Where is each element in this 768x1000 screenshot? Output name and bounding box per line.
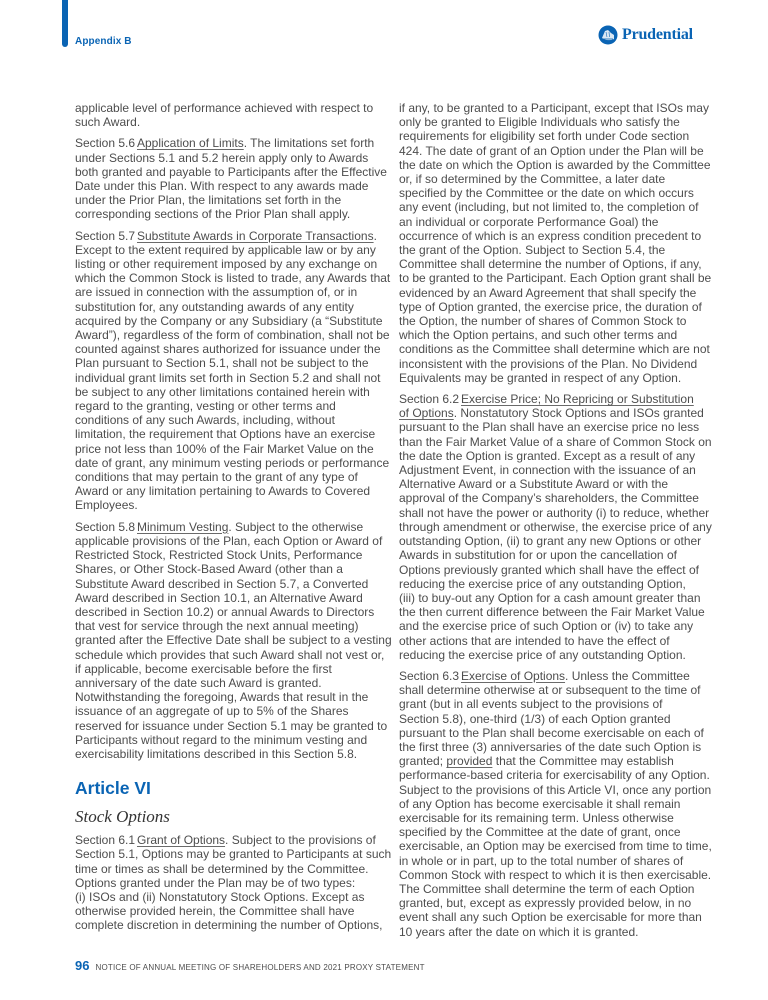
page-footer: 96 NOTICE OF ANNUAL MEETING OF SHAREHOLD… bbox=[75, 958, 425, 973]
section-5-8: Section 5.8Minimum Vesting. Subject to t… bbox=[75, 520, 395, 761]
left-column: applicable level of performance achieved… bbox=[75, 101, 395, 940]
article-heading: Article VI bbox=[75, 777, 395, 799]
section-title: Exercise of Options bbox=[461, 669, 565, 683]
provided-term: provided bbox=[446, 754, 492, 768]
section-title: Minimum Vesting bbox=[137, 520, 228, 534]
section-6-1: Section 6.1Grant of Options. Subject to … bbox=[75, 833, 395, 932]
section-label: Appendix B bbox=[75, 36, 132, 47]
section-title: Exercise Price; No Repricing or Substitu… bbox=[461, 392, 694, 406]
section-number: Section 6.2 bbox=[399, 392, 461, 406]
section-title: Grant of Options bbox=[137, 833, 225, 847]
section-5-6: Section 5.6Application of Limits. The li… bbox=[75, 136, 395, 221]
paragraph-continued: applicable level of performance achieved… bbox=[75, 101, 395, 129]
section-number: Section 6.1 bbox=[75, 833, 137, 847]
footer-title: NOTICE OF ANNUAL MEETING OF SHAREHOLDERS… bbox=[95, 963, 424, 972]
section-5-7: Section 5.7Substitute Awards in Corporat… bbox=[75, 229, 395, 513]
section-number: Section 6.3 bbox=[399, 669, 461, 683]
section-6-1-continued: if any, to be granted to a Participant, … bbox=[399, 101, 719, 385]
accent-bar bbox=[62, 0, 68, 47]
section-number: Section 5.6 bbox=[75, 136, 137, 150]
right-column: if any, to be granted to a Participant, … bbox=[399, 101, 719, 946]
section-number: Section 5.8 bbox=[75, 520, 137, 534]
section-6-2: Section 6.2Exercise Price; No Repricing … bbox=[399, 392, 719, 662]
section-title: Substitute Awards in Corporate Transacti… bbox=[137, 229, 374, 243]
section-title: Application of Limits bbox=[137, 136, 244, 150]
prudential-logo: Prudential bbox=[598, 25, 693, 45]
section-6-3: Section 6.3Exercise of Options. Unless t… bbox=[399, 669, 719, 939]
prudential-rock-icon bbox=[598, 25, 618, 45]
section-title-cont: of Options bbox=[399, 406, 454, 420]
logo-wordmark: Prudential bbox=[622, 26, 693, 44]
article-subheading: Stock Options bbox=[75, 807, 395, 827]
section-number: Section 5.7 bbox=[75, 229, 137, 243]
page-number: 96 bbox=[75, 958, 89, 973]
